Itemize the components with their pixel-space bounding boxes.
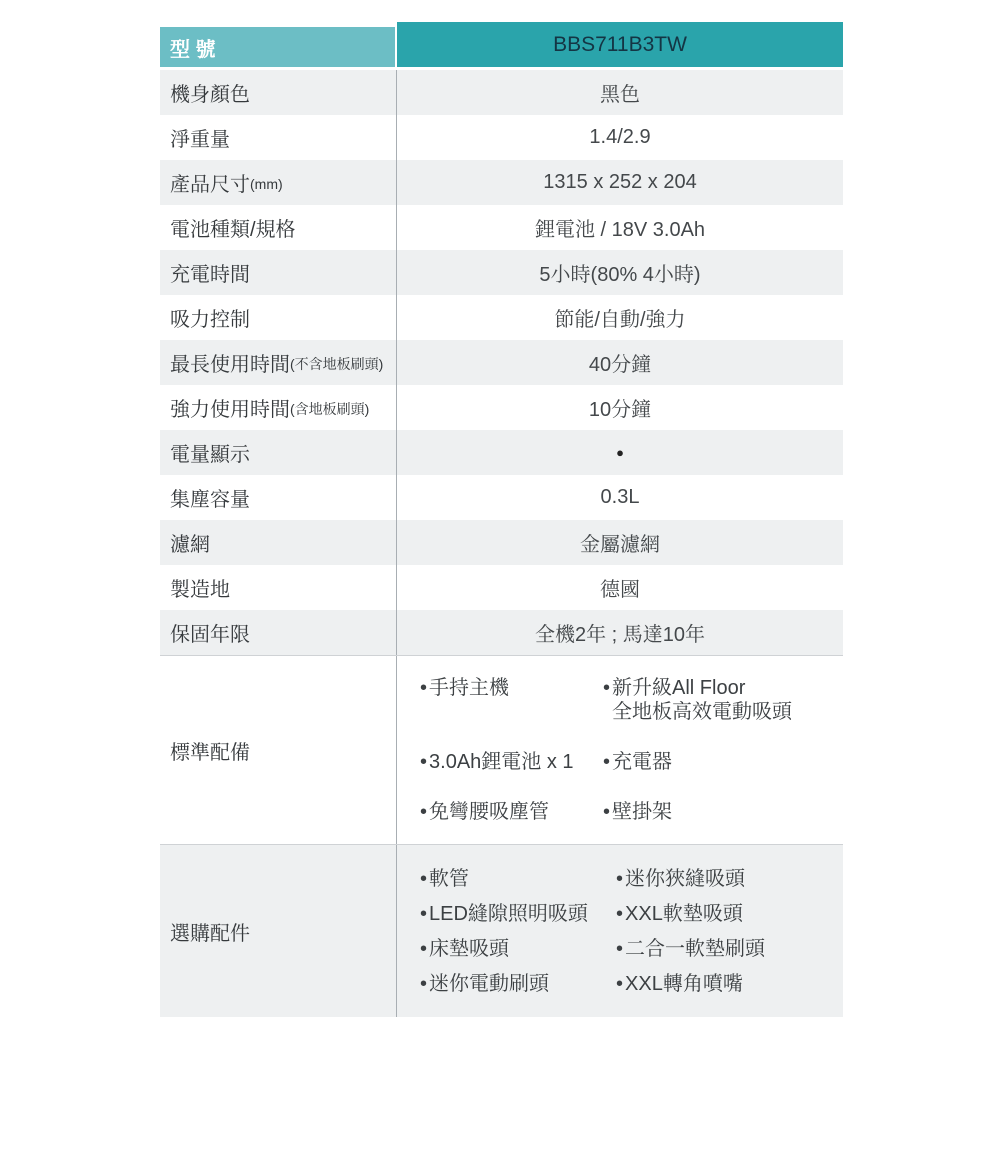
model-header-label: 型 號 <box>170 33 216 62</box>
spec-label-small: (mm) <box>250 173 283 192</box>
spec-row-body-color: 機身顏色 黑色 <box>160 70 843 115</box>
spec-label: 電量顯示 <box>170 438 250 467</box>
optional-accessories-list: • 軟管 • 迷你狹縫吸頭 • LED縫隙照明吸頭 • XXL軟墊吸頭 • <box>397 845 843 1017</box>
table-header-row: 型 號 BBS711B3TW <box>160 27 843 67</box>
list-item: • 手持主機 <box>420 676 603 724</box>
bullet-icon: • <box>603 800 610 824</box>
spec-value-cell: 40分鐘 <box>397 340 843 385</box>
spec-label-cell: 強力使用時間 (含地板刷頭) <box>160 385 397 430</box>
spec-label-cell: 充電時間 <box>160 250 397 295</box>
spec-value: 金屬濾網 <box>580 528 660 557</box>
product-spec-table: 型 號 BBS711B3TW 機身顏色 黑色 淨重量 1.4/2.9 產品尺寸 … <box>160 27 843 1017</box>
spec-value: 1.4/2.9 <box>589 126 650 149</box>
spec-label-cell: 最長使用時間 (不含地板刷頭) <box>160 340 397 385</box>
spec-row-net-weight: 淨重量 1.4/2.9 <box>160 115 843 160</box>
spec-row-dust-capacity: 集塵容量 0.3L <box>160 475 843 520</box>
spec-label: 機身顏色 <box>170 78 250 107</box>
spec-label: 最長使用時間 <box>170 348 290 377</box>
bullet-icon: • <box>616 937 623 961</box>
bullet-icon: • <box>420 972 427 996</box>
spec-value-cell: 5小時(80% 4小時) <box>397 250 843 295</box>
spec-value-cell: 0.3L <box>397 475 843 520</box>
bullet-icon: • <box>603 676 610 700</box>
list-item: • 充電器 <box>603 750 839 774</box>
spec-label: 保固年限 <box>170 618 250 647</box>
spec-label-cell: 選購配件 <box>160 845 397 1017</box>
spec-value-cell: 1.4/2.9 <box>397 115 843 160</box>
spec-row-dimensions: 產品尺寸 (mm) 1315 x 252 x 204 <box>160 160 843 205</box>
spec-row-warranty: 保固年限 全機2年 ; 馬達10年 <box>160 610 843 655</box>
battery-indicator-dot: ● <box>616 445 624 460</box>
list-item: • LED縫隙照明吸頭 <box>420 902 616 926</box>
spec-value: 德國 <box>600 573 640 602</box>
list-item: • 新升級All Floor 全地板高效電動吸頭 <box>603 676 839 724</box>
bullet-icon: • <box>603 750 610 774</box>
list-item: • 軟管 <box>420 867 616 891</box>
spec-label-cell: 保固年限 <box>160 610 397 655</box>
spec-label: 淨重量 <box>170 123 230 152</box>
spec-label-cell: 淨重量 <box>160 115 397 160</box>
spec-value-cell: 10分鐘 <box>397 385 843 430</box>
spec-row-origin: 製造地 德國 <box>160 565 843 610</box>
optional-accessories-row: 選購配件 • 軟管 • 迷你狹縫吸頭 • LED縫隙照明吸頭 • XXL軟墊吸頭 <box>160 844 843 1017</box>
list-item: • 免彎腰吸塵管 <box>420 800 603 824</box>
spec-label: 充電時間 <box>170 258 250 287</box>
spec-row-turbo-runtime: 強力使用時間 (含地板刷頭) 10分鐘 <box>160 385 843 430</box>
list-item: • 迷你狹縫吸頭 <box>616 867 839 891</box>
list-item: • 二合一軟墊刷頭 <box>616 937 839 961</box>
spec-row-charging-time: 充電時間 5小時(80% 4小時) <box>160 250 843 295</box>
spec-value-cell: ● <box>397 430 843 475</box>
spec-label: 強力使用時間 <box>170 393 290 422</box>
spec-value: 1315 x 252 x 204 <box>543 171 696 194</box>
bullet-icon: • <box>616 902 623 926</box>
spec-value-cell: 節能/自動/強力 <box>397 295 843 340</box>
spec-label-cell: 機身顏色 <box>160 70 397 115</box>
spec-label-cell: 製造地 <box>160 565 397 610</box>
spec-row-battery-indicator: 電量顯示 ● <box>160 430 843 475</box>
spec-value: 黑色 <box>600 78 640 107</box>
spec-value: 全機2年 ; 馬達10年 <box>535 618 705 647</box>
bullet-icon: • <box>616 867 623 891</box>
spec-row-filter: 濾網 金屬濾網 <box>160 520 843 565</box>
spec-label-cell: 產品尺寸 (mm) <box>160 160 397 205</box>
spec-label: 集塵容量 <box>170 483 250 512</box>
spec-value: 節能/自動/強力 <box>554 303 685 332</box>
standard-equipment-list: • 手持主機 • 新升級All Floor 全地板高效電動吸頭 • 3.0Ah鋰… <box>397 656 843 844</box>
model-header-cell: 型 號 <box>160 27 397 67</box>
list-item: • XXL轉角噴嘴 <box>616 972 839 996</box>
bullet-icon: • <box>420 902 427 926</box>
spec-value-cell: 德國 <box>397 565 843 610</box>
spec-value: 40分鐘 <box>589 348 651 377</box>
spec-value-cell: 全機2年 ; 馬達10年 <box>397 610 843 655</box>
spec-label: 選購配件 <box>170 917 250 946</box>
spec-value: 5小時(80% 4小時) <box>539 258 700 287</box>
model-number: BBS711B3TW <box>553 33 687 57</box>
bullet-icon: • <box>420 800 427 824</box>
spec-label: 濾網 <box>170 528 210 557</box>
list-item: • 床墊吸頭 <box>420 937 616 961</box>
bullet-icon: • <box>420 676 427 700</box>
model-number-cell: BBS711B3TW <box>397 22 843 67</box>
list-item: • 壁掛架 <box>603 800 839 824</box>
spec-value-cell: 金屬濾網 <box>397 520 843 565</box>
spec-label: 吸力控制 <box>170 303 250 332</box>
standard-equipment-row: 標準配備 • 手持主機 • 新升級All Floor 全地板高效電動吸頭 • 3… <box>160 655 843 844</box>
spec-row-max-runtime: 最長使用時間 (不含地板刷頭) 40分鐘 <box>160 340 843 385</box>
bullet-icon: • <box>616 972 623 996</box>
spec-value-cell: 1315 x 252 x 204 <box>397 160 843 205</box>
list-item: • XXL軟墊吸頭 <box>616 902 839 926</box>
spec-value: 0.3L <box>601 486 640 509</box>
spec-label: 製造地 <box>170 573 230 602</box>
spec-label-cell: 吸力控制 <box>160 295 397 340</box>
list-item: • 迷你電動刷頭 <box>420 972 616 996</box>
spec-label: 電池種類/規格 <box>170 213 296 242</box>
bullet-icon: • <box>420 750 427 774</box>
bullet-icon: • <box>420 867 427 891</box>
spec-label-cell: 標準配備 <box>160 656 397 844</box>
spec-row-battery-type: 電池種類/規格 鋰電池 / 18V 3.0Ah <box>160 205 843 250</box>
spec-value-cell: 黑色 <box>397 70 843 115</box>
spec-label-small: (含地板刷頭) <box>290 396 369 419</box>
spec-label-cell: 電量顯示 <box>160 430 397 475</box>
spec-label-small: (不含地板刷頭) <box>290 351 383 374</box>
spec-value-cell: 鋰電池 / 18V 3.0Ah <box>397 205 843 250</box>
spec-value: 鋰電池 / 18V 3.0Ah <box>535 213 705 242</box>
spec-row-suction-control: 吸力控制 節能/自動/強力 <box>160 295 843 340</box>
spec-label-cell: 濾網 <box>160 520 397 565</box>
bullet-icon: • <box>420 937 427 961</box>
spec-label: 標準配備 <box>170 736 250 765</box>
spec-label-cell: 集塵容量 <box>160 475 397 520</box>
spec-label: 產品尺寸 <box>170 168 250 197</box>
spec-value: 10分鐘 <box>589 393 651 422</box>
spec-label-cell: 電池種類/規格 <box>160 205 397 250</box>
list-item: • 3.0Ah鋰電池 x 1 <box>420 750 603 774</box>
